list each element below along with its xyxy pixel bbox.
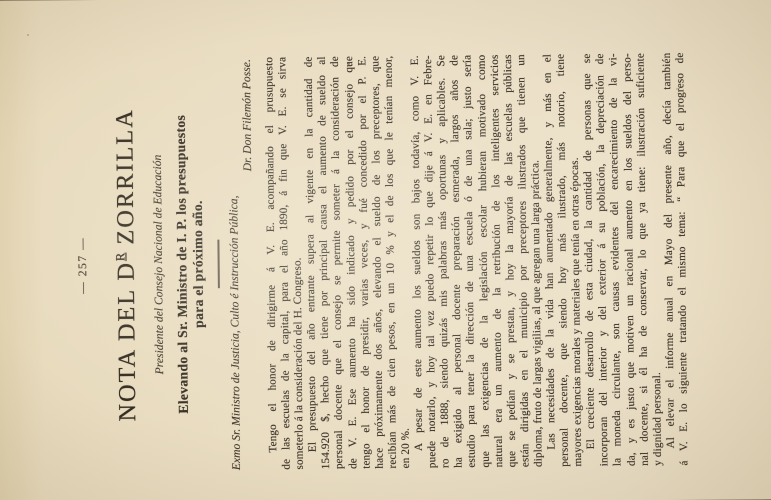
title-text-post: ZORRILLA <box>111 108 139 253</box>
rotated-page-surface: — 257 — NOTA DEL DR ZORRILLA Presidente … <box>0 0 771 500</box>
letter-salutation: Exmo Sr. Ministro de Justicia, Culto é I… <box>225 57 258 470</box>
page-number: — 257 — <box>74 59 90 472</box>
title-text-pre: NOTA DEL D <box>113 261 141 422</box>
section-divider-rule <box>217 240 220 289</box>
page-title: NOTA DEL DR ZORRILLA <box>111 58 143 471</box>
title-superscript: R <box>113 253 127 262</box>
document-heading: Elevando al Sr. Ministro de I. P. los pr… <box>171 58 208 471</box>
title-byline: Presidente del Consejo Nacional de Educa… <box>150 58 166 471</box>
scanned-page: — 257 — NOTA DEL DR ZORRILLA Presidente … <box>0 0 771 500</box>
body-text: Tengo el honor de dirigirme á V. E. acom… <box>263 53 691 470</box>
